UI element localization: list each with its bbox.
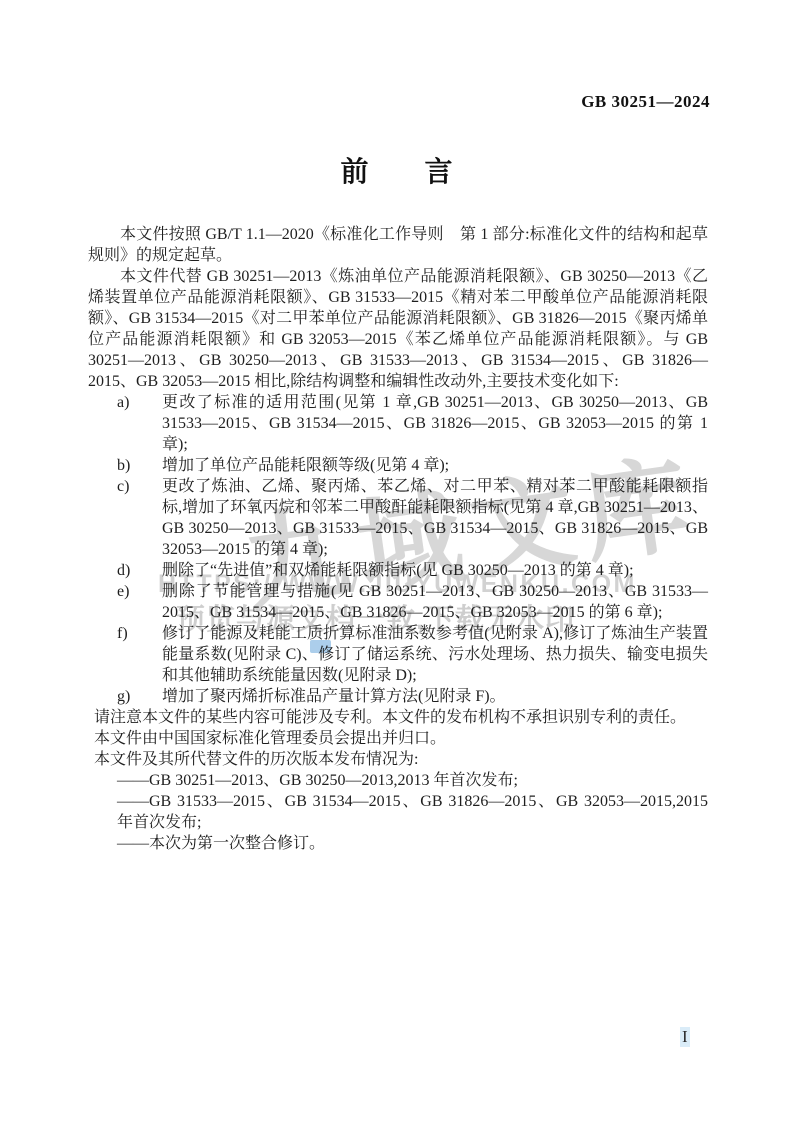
change-item-text: 修订了能源及耗能工质折算标准油系数参考值(见附录 A),修订了炼油生产装置能量系… xyxy=(162,625,708,684)
change-item-text: 增加了单位产品能耗限额等级(见第 4 章); xyxy=(162,457,449,474)
history-item-2015: ——GB 31533—2015、GB 31534—2015、GB 31826—2… xyxy=(88,791,708,833)
change-item-f: f) 修订了能源及耗能工质折算标准油系数参考值(见附录 A),修订了炼油生产装置… xyxy=(88,623,708,686)
change-item-label: a) xyxy=(117,392,129,413)
document-page: 九域文库 HTTPS://WWW.JIUYUWENKU.COM 预览与源文档一致… xyxy=(0,0,793,1122)
paragraph-replacement: 本文件代替 GB 30251—2013《炼油单位产品能源消耗限额》、GB 302… xyxy=(88,266,708,392)
change-item-g: g) 增加了聚丙烯折标准品产量计算方法(见附录 F)。 xyxy=(88,686,708,707)
change-item-label: e) xyxy=(117,581,129,602)
page-number: I xyxy=(680,1027,690,1047)
history-item-current: ——本次为第一次整合修订。 xyxy=(88,833,708,854)
change-item-label: g) xyxy=(117,686,130,707)
change-item-label: b) xyxy=(117,455,130,476)
change-item-text: 删除了“先进值”和双烯能耗限额指标(见 GB 30250—2013 的第 4 章… xyxy=(162,562,634,579)
paragraph-patent-note: 请注意本文件的某些内容可能涉及专利。本文件的发布机构不承担识别专利的责任。 xyxy=(88,707,708,728)
paragraph-attribution: 本文件由中国国家标准化管理委员会提出并归口。 xyxy=(88,728,708,749)
change-item-b: b) 增加了单位产品能耗限额等级(见第 4 章); xyxy=(88,455,708,476)
change-item-e: e) 删除了节能管理与措施(见 GB 30251—2013、GB 30250—2… xyxy=(88,581,708,623)
change-item-text: 更改了炼油、乙烯、聚丙烯、苯乙烯、对二甲苯、精对苯二甲酸能耗限额指标,增加了环氧… xyxy=(162,478,708,558)
change-item-label: d) xyxy=(117,560,130,581)
paragraph-drafting-basis: 本文件按照 GB/T 1.1—2020《标准化工作导则 第 1 部分:标准化文件… xyxy=(88,224,708,266)
page-title: 前 言 xyxy=(0,150,793,190)
change-item-d: d) 删除了“先进值”和双烯能耗限额指标(见 GB 30250—2013 的第 … xyxy=(88,560,708,581)
change-item-a: a) 更改了标准的适用范围(见第 1 章,GB 30251—2013、GB 30… xyxy=(88,392,708,455)
change-item-label: c) xyxy=(117,476,129,497)
change-item-c: c) 更改了炼油、乙烯、聚丙烯、苯乙烯、对二甲苯、精对苯二甲酸能耗限额指标,增加… xyxy=(88,476,708,560)
standard-number: GB 30251—2024 xyxy=(581,92,710,112)
change-item-text: 增加了聚丙烯折标准品产量计算方法(见附录 F)。 xyxy=(162,688,506,705)
change-item-text: 删除了节能管理与措施(见 GB 30251—2013、GB 30250—2013… xyxy=(162,583,708,621)
change-item-text: 更改了标准的适用范围(见第 1 章,GB 30251—2013、GB 30250… xyxy=(162,394,708,453)
change-item-label: f) xyxy=(117,623,128,644)
paragraph-history-intro: 本文件及其所代替文件的历次版本发布情况为: xyxy=(88,749,708,770)
history-item-2013: ——GB 30251—2013、GB 30250—2013,2013 年首次发布… xyxy=(88,770,708,791)
foreword-body: 本文件按照 GB/T 1.1—2020《标准化工作导则 第 1 部分:标准化文件… xyxy=(88,224,708,854)
